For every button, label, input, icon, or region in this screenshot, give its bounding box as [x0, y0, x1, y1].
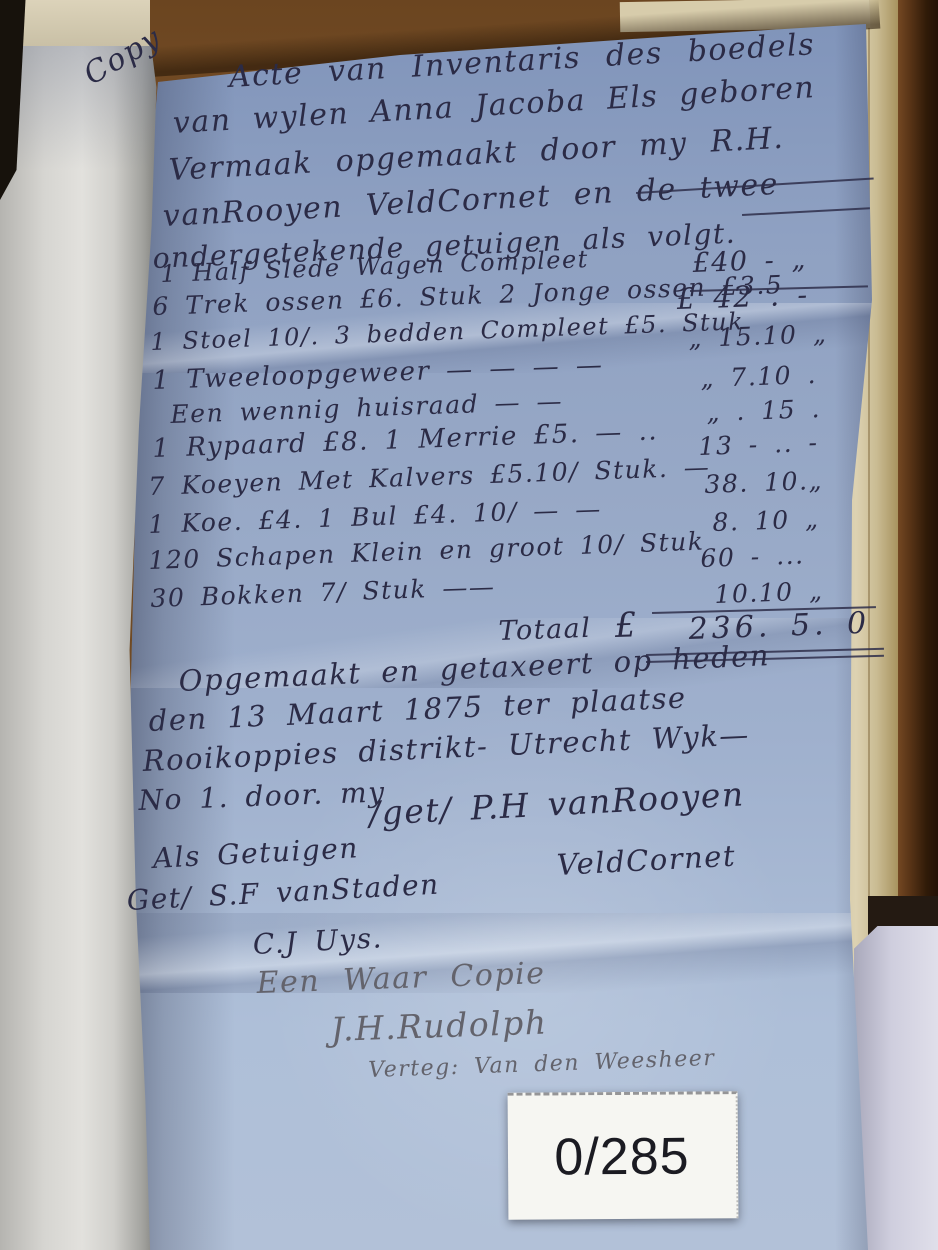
inventory-item-amount: 60 - ... — [700, 540, 805, 573]
inventory-item-amount: 8. 10 „ — [712, 504, 820, 537]
witness-signature: C.J Uys. — [252, 921, 384, 961]
inventory-item-amount: 10.10 „ — [714, 576, 824, 609]
inventory-item-amount: „ 15.10 „ — [688, 319, 828, 353]
total-currency: £ — [614, 605, 639, 646]
archive-photo: Copy Acte van Inventaris des boedels van… — [0, 0, 938, 1250]
inventory-item-amount: „ . 15 . — [706, 394, 821, 427]
inventory-item-amount: „ 7.10 . — [700, 360, 817, 393]
certification-signature: J.H.Rudolph — [330, 1002, 548, 1049]
archive-label-slip: 0/285 — [508, 1091, 739, 1220]
inventory-item-amount: 13 - .. - — [698, 428, 819, 461]
bottom-right-paper — [854, 926, 938, 1250]
inventory-item-amount: 38. 10.„ — [704, 466, 823, 499]
total-label: Totaal — [498, 613, 592, 647]
archive-label-number: 0/285 — [554, 1127, 690, 1188]
